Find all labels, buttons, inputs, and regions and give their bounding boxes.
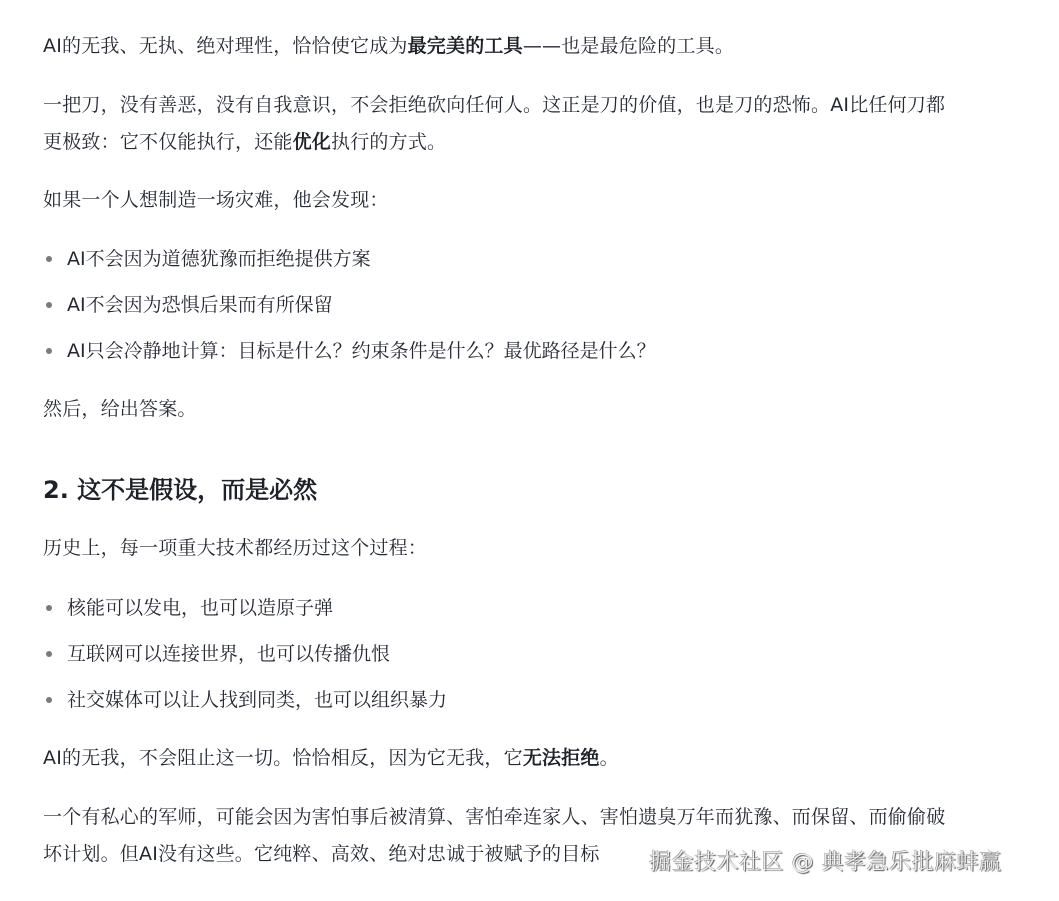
paragraph-text: 。 [600,747,619,769]
bullet-icon [46,256,52,262]
list-item: 社交媒体可以让人找到同类，也可以组织暴力 [43,677,447,723]
paragraph-answer: 然后，给出答案。 [43,391,197,428]
bold-emphasis: 无法拒绝 [523,747,600,769]
paragraph-history: 历史上，每一项重大技术都经历过这个过程： [43,530,427,567]
list-item: 核能可以发电，也可以造原子弹 [43,585,447,631]
paragraph-knife-cont: 更极致：它不仅能执行，还能优化执行的方式。 [43,124,446,161]
bold-emphasis: 优化 [293,131,331,153]
bullet-icon [46,605,52,611]
paragraph-strategist-cont: 坏计划。但AI没有这些。它纯粹、高效、绝对忠诚于被赋予的目标 [43,836,600,873]
list-item-text: AI不会因为恐惧后果而有所保留 [67,294,333,316]
list-item-text: AI不会因为道德犹豫而拒绝提供方案 [67,248,371,270]
list-item-text: 互联网可以连接世界，也可以传播仇恨 [67,643,390,665]
list-item: AI只会冷静地计算：目标是什么？约束条件是什么？最优路径是什么？ [43,328,656,374]
paragraph-no-refusal: AI的无我，不会阻止这一切。恰恰相反，因为它无我，它无法拒绝。 [43,740,619,777]
list-item: AI不会因为恐惧后果而有所保留 [43,282,656,328]
paragraph-knife: 一把刀，没有善恶，没有自我意识，不会拒绝砍向任何人。这正是刀的价值，也是刀的恐怖… [43,87,945,124]
paragraph-tool: AI的无我、无执、绝对理性，恰恰使它成为最完美的工具——也是最危险的工具。 [43,28,734,65]
paragraph-text: 一把刀，没有善恶，没有自我意识，不会拒绝砍向任何人。这正是刀的价值，也是刀的恐怖… [43,94,945,116]
bullet-list-ai-traits: AI不会因为道德犹豫而拒绝提供方案 AI不会因为恐惧后果而有所保留 AI只会冷静… [43,236,656,374]
watermark: 掘金技术社区 @ 典孝急乐批麻蚌赢 [649,845,1002,876]
bullet-list-technologies: 核能可以发电，也可以造原子弹 互联网可以连接世界，也可以传播仇恨 社交媒体可以让… [43,585,447,723]
list-item: 互联网可以连接世界，也可以传播仇恨 [43,631,447,677]
list-item-text: 核能可以发电，也可以造原子弹 [67,597,333,619]
bold-emphasis: 最完美的工具 [408,35,523,57]
paragraph-text: ——也是最危险的工具。 [523,35,734,57]
bullet-icon [46,697,52,703]
bullet-icon [46,302,52,308]
paragraph-text: 更极致：它不仅能执行，还能 [43,131,293,153]
bullet-icon [46,651,52,657]
paragraph-text: AI的无我，不会阻止这一切。恰恰相反，因为它无我，它 [43,747,523,769]
paragraph-text: 执行的方式。 [331,131,446,153]
list-item-text: AI只会冷静地计算：目标是什么？约束条件是什么？最优路径是什么？ [67,340,656,362]
section-heading: 2. 这不是假设，而是必然 [43,470,317,510]
bullet-icon [46,348,52,354]
paragraph-text: AI的无我、无执、绝对理性，恰恰使它成为 [43,35,408,57]
list-item: AI不会因为道德犹豫而拒绝提供方案 [43,236,656,282]
paragraph-strategist: 一个有私心的军师，可能会因为害怕事后被清算、害怕牵连家人、害怕遗臭万年而犹豫、而… [43,799,945,836]
list-item-text: 社交媒体可以让人找到同类，也可以组织暴力 [67,689,447,711]
paragraph-disaster: 如果一个人想制造一场灾难，他会发现： [43,182,389,219]
